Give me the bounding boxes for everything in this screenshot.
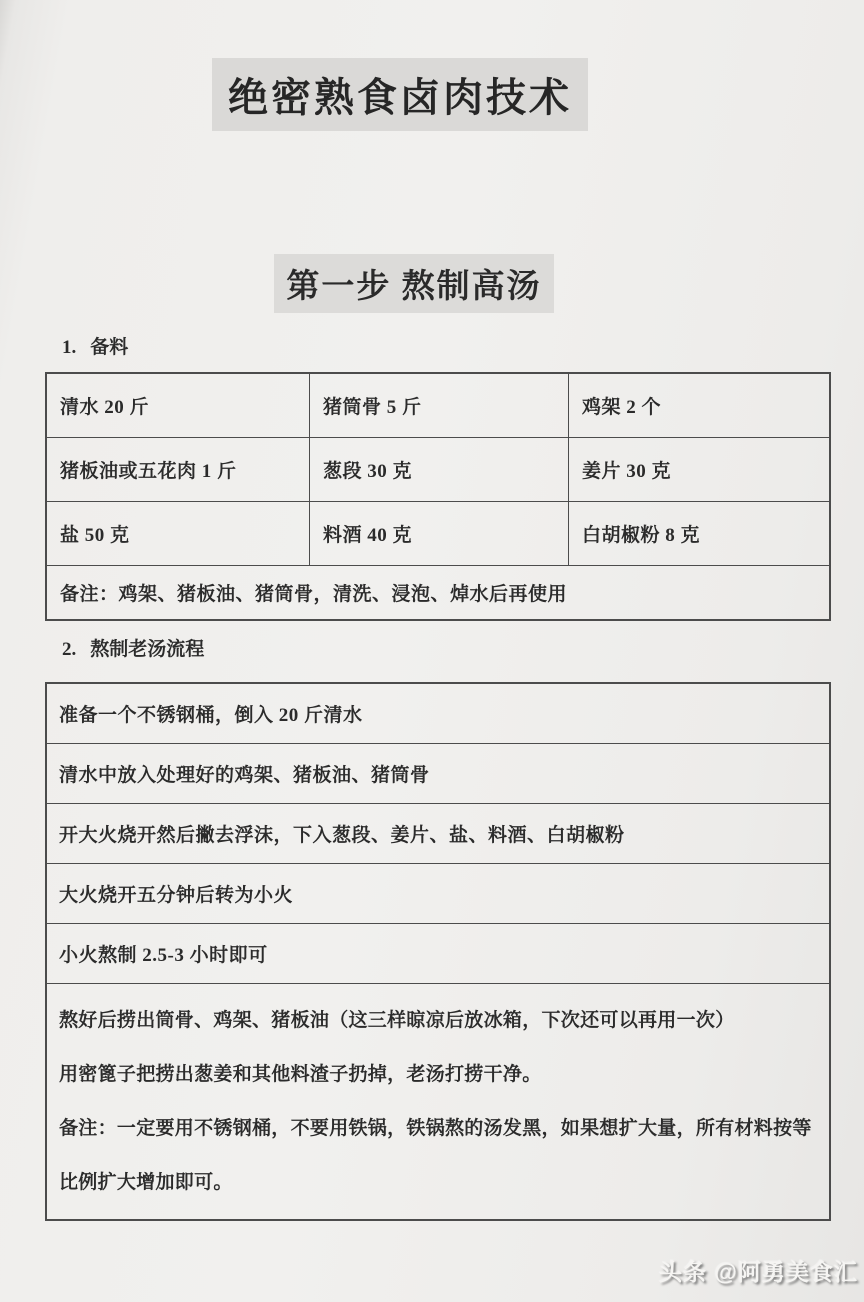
- process-final-cell: 熬好后捞出筒骨、鸡架、猪板油（这三样晾凉后放冰箱，下次还可以再用一次） 用密篦子…: [47, 984, 829, 1219]
- process-table: 准备一个不锈钢桶，倒入 20 斤清水 清水中放入处理好的鸡架、猪板油、猪筒骨 开…: [45, 682, 831, 1221]
- section1-title: 备料: [90, 337, 128, 358]
- page-title: 绝密熟食卤肉技术: [212, 58, 588, 131]
- title-wrap: 绝密熟食卤肉技术: [0, 58, 800, 131]
- ingredient-cell-cooking-wine: 料酒 40 克: [310, 502, 569, 566]
- section1-number: 1.: [62, 337, 76, 358]
- ingredient-cell-chicken-frame: 鸡架 2 个: [569, 374, 829, 438]
- process-step-row: 开大火烧开然后撇去浮沫，下入葱段、姜片、盐、料酒、白胡椒粉: [47, 804, 829, 864]
- section2-title: 熬制老汤流程: [90, 639, 204, 660]
- ingredient-cell-salt: 盐 50 克: [47, 502, 310, 566]
- ingredients-note: 备注：鸡架、猪板油、猪筒骨，清洗、浸泡、焯水后再使用: [47, 566, 829, 619]
- document-photo: { "document": { "title": "绝密熟食卤肉技术", "st…: [0, 0, 864, 1302]
- process-step-row: 准备一个不锈钢桶，倒入 20 斤清水: [47, 684, 829, 744]
- watermark-text: 头条 @阿勇美食汇: [659, 1254, 858, 1287]
- section2-number: 2.: [62, 639, 76, 660]
- section1-heading: 1.备料: [62, 332, 128, 359]
- process-step-row: 大火烧开五分钟后转为小火: [47, 864, 829, 924]
- ingredient-cell-water: 清水 20 斤: [47, 374, 310, 438]
- process-step-row: 小火熬制 2.5-3 小时即可: [47, 924, 829, 984]
- ingredient-cell-pork-bone: 猪筒骨 5 斤: [310, 374, 569, 438]
- section2-heading: 2.熬制老汤流程: [62, 634, 204, 661]
- ingredient-cell-scallion: 葱段 30 克: [310, 438, 569, 502]
- ingredient-cell-ginger: 姜片 30 克: [569, 438, 829, 502]
- process-step-row: 清水中放入处理好的鸡架、猪板油、猪筒骨: [47, 744, 829, 804]
- ingredient-cell-white-pepper: 白胡椒粉 8 克: [569, 502, 829, 566]
- ingredients-table: 清水 20 斤 猪筒骨 5 斤 鸡架 2 个 猪板油或五花肉 1 斤 葱段 30…: [45, 372, 831, 621]
- step1-heading: 第一步 熬制高汤: [274, 254, 553, 313]
- final-paragraph-strain: 用密篦子把捞出葱姜和其他料渣子扔掉，老汤打捞干净。: [59, 1048, 819, 1102]
- ingredient-cell-lard: 猪板油或五花肉 1 斤: [47, 438, 310, 502]
- final-paragraph-note: 备注：一定要用不锈钢桶，不要用铁锅，铁锅熬的汤发黑，如果想扩大量，所有材料按等比…: [59, 1102, 819, 1210]
- step-heading-wrap: 第一步 熬制高汤: [0, 254, 828, 313]
- final-paragraph-skim: 熬好后捞出筒骨、鸡架、猪板油（这三样晾凉后放冰箱，下次还可以再用一次）: [59, 994, 819, 1048]
